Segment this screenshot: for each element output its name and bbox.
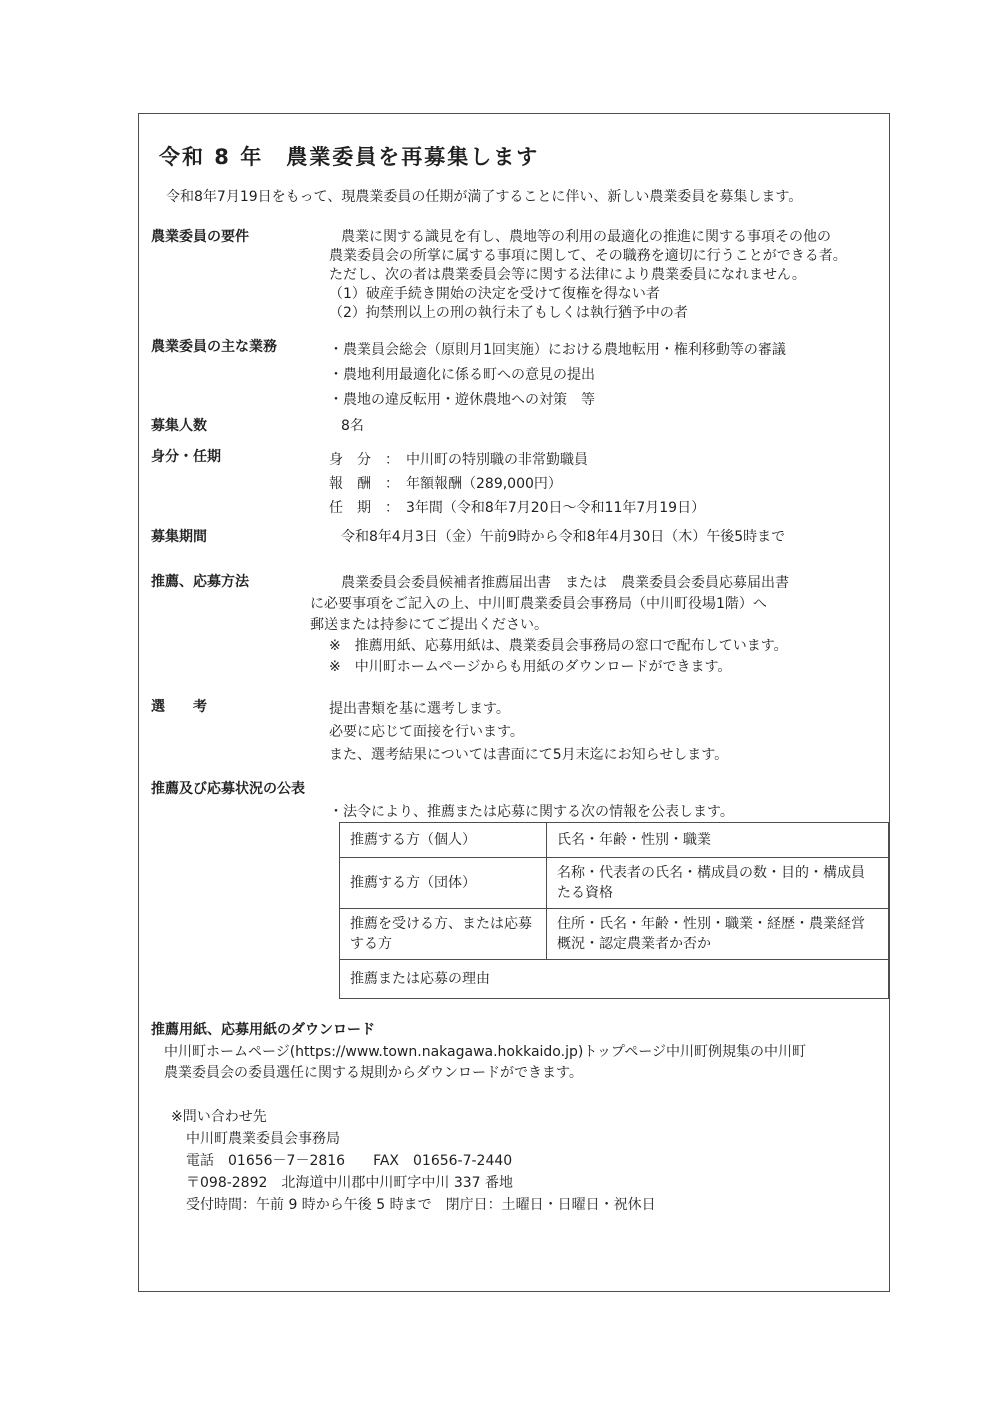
text-line: 身 分 ： 中川町の特別職の非常勤職員 <box>329 448 885 472</box>
download-heading: 推薦用紙、応募用紙のダウンロード <box>151 1021 885 1040</box>
page-title: 令和 8 年 農業委員を再募集します <box>151 141 885 171</box>
text-line: 農業委員会委員候補者推薦届出書 または 農業委員会委員応募届出書 <box>329 573 885 594</box>
table-row: 推薦または応募の理由 <box>340 960 889 999</box>
text-line: 令和8年4月3日（金）午前9時から令和8年4月30日（木）午後5時まで <box>329 528 885 547</box>
section-number-recruited: 募集人数 8名 <box>151 417 885 436</box>
text-line: に必要事項をご記入の上、中川町農業委員会事務局（中川町役場1階）へ <box>310 594 885 615</box>
text-line: また、選考結果については書面にて5月末迄にお知らせします。 <box>329 744 885 767</box>
intro-text: 令和8年7月19日をもって、現農業委員の任期が満了することに伴い、新しい農業委員… <box>151 188 885 207</box>
text-line: 農業に関する識見を有し、農地等の利用の最適化の推進に関する事項その他の <box>329 228 885 247</box>
text-line: ※ 推薦用紙、応募用紙は、農業委員会事務局の窓口で配布しています。 <box>329 636 885 657</box>
section-content: 農業委員会委員候補者推薦届出書 または 農業委員会委員応募届出書 に必要事項をご… <box>329 573 885 678</box>
section-application-method: 推薦、応募方法 農業委員会委員候補者推薦届出書 または 農業委員会委員応募届出書… <box>151 573 885 678</box>
contact-heading: ※問い合わせ先 <box>171 1106 885 1126</box>
section-label: 募集人数 <box>151 417 329 436</box>
table-cell: 住所・氏名・年齢・性別・職業・経歴・農業経営概況・認定農業者か否か <box>547 909 889 960</box>
publication-table: 推薦する方（個人） 氏名・年齢・性別・職業 推薦する方（団体） 名称・代表者の氏… <box>339 822 889 999</box>
text-line: 農業委員会の委員選任に関する規則からダウンロードができます。 <box>164 1063 885 1084</box>
publication-note: ・法令により、推薦または応募に関する次の情報を公表します。 <box>329 803 885 822</box>
section-label: 農業委員の要件 <box>151 228 329 323</box>
text-line: 必要に応じて面接を行います。 <box>329 721 885 744</box>
document-box: 令和 8 年 農業委員を再募集します 令和8年7月19日をもって、現農業委員の任… <box>138 113 890 1292</box>
table-cell: 名称・代表者の氏名・構成員の数・目的・構成員たる資格 <box>547 858 889 909</box>
contact-office: 中川町農業委員会事務局 <box>186 1128 885 1150</box>
table-row: 推薦する方（個人） 氏名・年齢・性別・職業 <box>340 823 889 858</box>
section-label: 推薦、応募方法 <box>151 573 329 678</box>
section-label: 身分・任期 <box>151 448 329 520</box>
download-section: 推薦用紙、応募用紙のダウンロード 中川町ホームページ(https://www.t… <box>151 1021 885 1084</box>
section-content: 農業に関する識見を有し、農地等の利用の最適化の推進に関する事項その他の 農業委員… <box>329 228 885 323</box>
section-content: 令和8年4月3日（金）午前9時から令和8年4月30日（木）午後5時まで <box>329 528 885 547</box>
text-line: （1）破産手続き開始の決定を受けて復権を得ない者 <box>329 285 885 304</box>
text-line: 8名 <box>329 417 885 436</box>
text-line: ・農地利用最適化に係る町への意見の提出 <box>329 363 885 388</box>
publication-heading: 推薦及び応募状況の公表 <box>151 780 885 799</box>
table-cell: 推薦を受ける方、または応募する方 <box>340 909 547 960</box>
section-label: 選 考 <box>151 698 329 767</box>
text-line: 郵送または持参にてご提出ください。 <box>310 615 885 636</box>
contact-phone-fax: 電話 01656－7－2816 FAX 01656-7-2440 <box>186 1150 885 1172</box>
table-cell: 推薦または応募の理由 <box>340 960 889 999</box>
section-requirements: 農業委員の要件 農業に関する識見を有し、農地等の利用の最適化の推進に関する事項そ… <box>151 228 885 323</box>
section-content: 8名 <box>329 417 885 436</box>
download-text: 中川町ホームページ(https://www.town.nakagawa.hokk… <box>164 1042 885 1084</box>
text-line: 中川町ホームページ(https://www.town.nakagawa.hokk… <box>164 1042 885 1063</box>
section-label: 募集期間 <box>151 528 329 547</box>
text-line: ※ 中川町ホームページからも用紙のダウンロードができます。 <box>329 657 885 678</box>
contact-address: 〒098-2892 北海道中川郡中川町字中川 337 番地 <box>186 1172 885 1194</box>
text-line: 農業委員会の所掌に属する事項に関して、その職務を適切に行うことができる者。 <box>329 247 885 266</box>
text-line: 提出書類を基に選考します。 <box>329 698 885 721</box>
section-label: 農業委員の主な業務 <box>151 338 329 413</box>
section-content: ・農業員会総会（原則月1回実施）における農地転用・権利移動等の審議 ・農地利用最… <box>329 338 885 413</box>
text-line: ただし、次の者は農業委員会等に関する法律により農業委員になれません。 <box>329 266 885 285</box>
section-main-duties: 農業委員の主な業務 ・農業員会総会（原則月1回実施）における農地転用・権利移動等… <box>151 338 885 413</box>
section-selection: 選 考 提出書類を基に選考します。 必要に応じて面接を行います。 また、選考結果… <box>151 698 885 767</box>
section-content: 身 分 ： 中川町の特別職の非常勤職員 報 酬 ： 年額報酬（289,000円）… <box>329 448 885 520</box>
table-row: 推薦を受ける方、または応募する方 住所・氏名・年齢・性別・職業・経歴・農業経営概… <box>340 909 889 960</box>
text-line: 報 酬 ： 年額報酬（289,000円） <box>329 472 885 496</box>
table-cell: 氏名・年齢・性別・職業 <box>547 823 889 858</box>
section-content: 提出書類を基に選考します。 必要に応じて面接を行います。 また、選考結果について… <box>329 698 885 767</box>
text-line: 任 期 ： 3年間（令和8年7月20日～令和11年7月19日） <box>329 496 885 520</box>
text-line: ・農業員会総会（原則月1回実施）における農地転用・権利移動等の審議 <box>329 338 885 363</box>
table-cell: 推薦する方（団体） <box>340 858 547 909</box>
table-cell: 推薦する方（個人） <box>340 823 547 858</box>
section-status-term: 身分・任期 身 分 ： 中川町の特別職の非常勤職員 報 酬 ： 年額報酬（289… <box>151 448 885 520</box>
text-line: （2）拘禁刑以上の刑の執行未了もしくは執行猶予中の者 <box>329 304 885 323</box>
table-row: 推薦する方（団体） 名称・代表者の氏名・構成員の数・目的・構成員たる資格 <box>340 858 889 909</box>
contact-hours: 受付時間：午前 9 時から午後 5 時まで 閉庁日：土曜日・日曜日・祝休日 <box>186 1194 885 1216</box>
text-line: ・農地の違反転用・遊休農地への対策 等 <box>329 388 885 413</box>
contact-section: ※問い合わせ先 中川町農業委員会事務局 電話 01656－7－2816 FAX … <box>151 1106 885 1216</box>
section-application-period: 募集期間 令和8年4月3日（金）午前9時から令和8年4月30日（木）午後5時まで <box>151 528 885 547</box>
contact-text: 中川町農業委員会事務局 電話 01656－7－2816 FAX 01656-7-… <box>186 1128 885 1216</box>
